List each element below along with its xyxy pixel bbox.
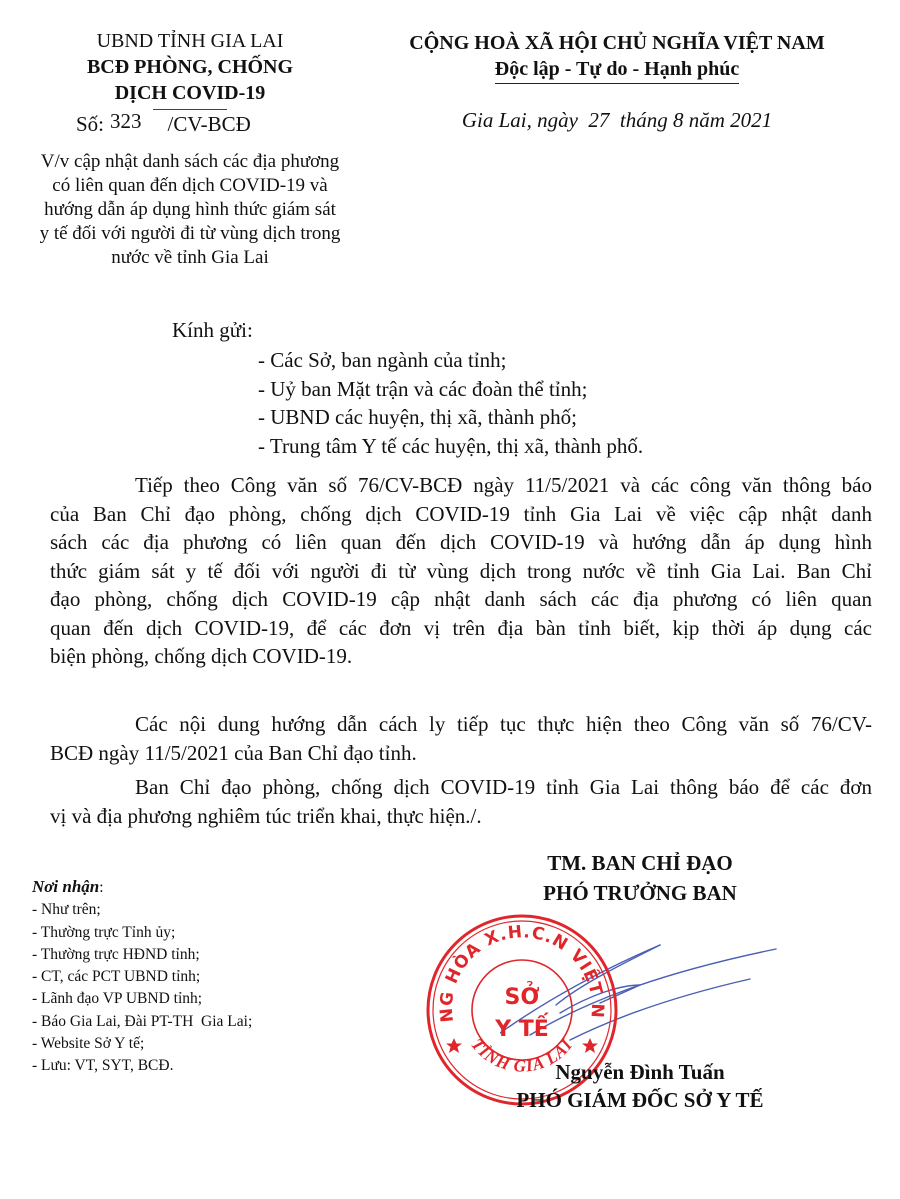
text-line: Tiếp theo Công văn số 76/CV-BCĐ ngày 11/… xyxy=(50,471,872,500)
text-line: sách các địa phương có liên quan đến dịc… xyxy=(50,528,872,557)
on-behalf-of: TM. BAN CHỈ ĐẠO xyxy=(470,848,810,878)
number-prefix: Số: xyxy=(76,112,104,136)
text-line: quan đến dịch COVID-19, để các đơn vị tr… xyxy=(50,614,872,643)
subject-line: V/v cập nhật danh sách các địa phương xyxy=(20,150,360,174)
document-number: Số:323/CV-BCĐ xyxy=(76,112,251,137)
distribution-list: Nơi nhận: - Như trên; - Thường trực Tỉnh… xyxy=(32,876,252,1078)
signer: Nguyễn Đình Tuấn PHÓ GIÁM ĐỐC SỞ Y TẾ xyxy=(470,1058,810,1114)
signature-authority: TM. BAN CHỈ ĐẠO PHÓ TRƯỞNG BAN xyxy=(470,848,810,908)
header-divider xyxy=(153,109,227,110)
subject-line: nước về tỉnh Gia Lai xyxy=(20,246,360,270)
addressee-label: Kính gửi: xyxy=(172,318,253,343)
signer-name: Nguyễn Đình Tuấn xyxy=(470,1058,810,1086)
signer-position: PHÓ TRƯỞNG BAN xyxy=(470,878,810,908)
seal-center-line-2: Y TẾ xyxy=(494,1013,550,1042)
body-paragraph-2: Các nội dung hướng dẫn cách ly tiếp tục … xyxy=(50,710,872,767)
text-line: Các nội dung hướng dẫn cách ly tiếp tục … xyxy=(50,710,872,739)
text-line: vị và địa phương nghiêm túc triển khai, … xyxy=(50,802,872,831)
text-line: Ban Chỉ đạo phòng, chống dịch COVID-19 t… xyxy=(50,773,872,802)
distribution-item: - Website Sở Y tế; xyxy=(32,1033,252,1055)
issuing-authority: UBND TỈNH GIA LAI BCĐ PHÒNG, CHỐNG DỊCH … xyxy=(20,28,360,110)
addressee-list: - Các Sở, ban ngành của tỉnh; - Uỷ ban M… xyxy=(258,346,643,460)
text-line: của Ban Chỉ đạo phòng, chống dịch COVID-… xyxy=(50,500,872,529)
body-paragraph-1: Tiếp theo Công văn số 76/CV-BCĐ ngày 11/… xyxy=(50,471,872,671)
distribution-item: - Báo Gia Lai, Đài PT-TH Gia Lai; xyxy=(32,1011,252,1033)
number-value: 323 xyxy=(110,109,142,133)
distribution-item: - CT, các PCT UBND tỉnh; xyxy=(32,966,252,988)
addressee-item: - Trung tâm Y tế các huyện, thị xã, thàn… xyxy=(258,432,643,461)
org-line-1: UBND TỈNH GIA LAI xyxy=(20,28,360,54)
nation-title: CỘNG HOÀ XÃ HỘI CHỦ NGHĨA VIỆT NAM xyxy=(362,30,872,56)
distribution-title: Nơi nhận xyxy=(32,877,99,896)
body-paragraph-3: Ban Chỉ đạo phòng, chống dịch COVID-19 t… xyxy=(50,773,872,830)
subject-line: hướng dẫn áp dụng hình thức giám sát xyxy=(20,198,360,222)
number-suffix: /CV-BCĐ xyxy=(168,112,251,136)
text-line: biện phòng, chống dịch COVID-19. xyxy=(50,642,872,671)
addressee-item: - UBND các huyện, thị xã, thành phố; xyxy=(258,403,643,432)
addressee-item: - Các Sở, ban ngành của tỉnh; xyxy=(258,346,643,375)
text-line: BCĐ ngày 11/5/2021 của Ban Chỉ đạo tỉnh. xyxy=(50,739,872,768)
distribution-item: - Lưu: VT, SYT, BCĐ. xyxy=(32,1055,252,1077)
document-subject: V/v cập nhật danh sách các địa phương có… xyxy=(20,150,360,270)
distribution-item: - Thường trực Tỉnh ủy; xyxy=(32,922,252,944)
subject-line: có liên quan đến dịch COVID-19 và xyxy=(20,174,360,198)
org-line-3: DỊCH COVID-19 xyxy=(20,80,360,106)
distribution-item: - Thường trực HĐND tỉnh; xyxy=(32,944,252,966)
distribution-item: - Như trên; xyxy=(32,899,252,921)
addressee-item: - Uỷ ban Mặt trận và các đoàn thể tỉnh; xyxy=(258,375,643,404)
text-line: đạo phòng, chống dịch COVID-19 cập nhật … xyxy=(50,585,872,614)
signer-title: PHÓ GIÁM ĐỐC SỞ Y TẾ xyxy=(470,1086,810,1114)
place-date: Gia Lai, ngày 27 tháng 8 năm 2021 xyxy=(362,108,872,133)
subject-line: y tế đối với người đi từ vùng dịch trong xyxy=(20,222,360,246)
seal-center-line-1: SỞ xyxy=(504,982,539,1010)
distribution-item: - Lãnh đạo VP UBND tỉnh; xyxy=(32,988,252,1010)
national-header: CỘNG HOÀ XÃ HỘI CHỦ NGHĨA VIỆT NAM Độc l… xyxy=(362,30,872,84)
text-line: thức giám sát y tế đối với người đi từ v… xyxy=(50,557,872,586)
org-line-2: BCĐ PHÒNG, CHỐNG xyxy=(20,54,360,80)
national-motto: Độc lập - Tự do - Hạnh phúc xyxy=(495,56,739,84)
